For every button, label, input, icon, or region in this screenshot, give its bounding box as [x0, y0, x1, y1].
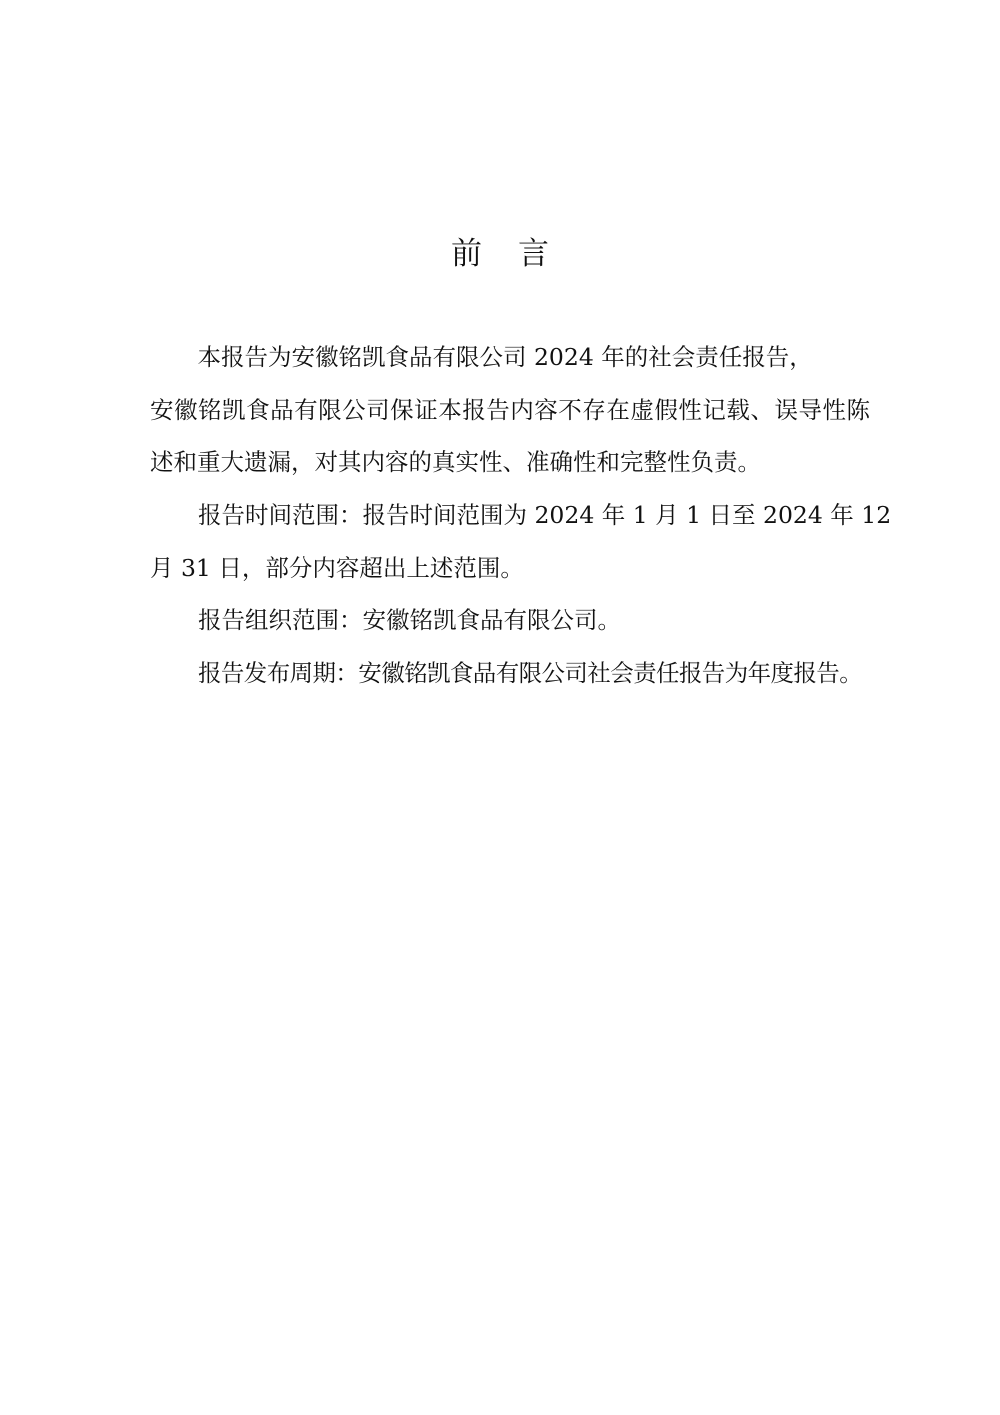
paragraph-line: 本报告为安徽铭凯食品有限公司 2024 年的社会责任报告，	[174, 340, 894, 374]
paragraph-line: 报告发布周期：安徽铭凯食品有限公司社会责任报告为年度报告。	[198, 656, 918, 690]
paragraph-line: 报告时间范围：报告时间范围为 2024 年 1 月 1 日至 2024 年 12	[198, 498, 858, 532]
page-title: 前言	[0, 232, 1000, 276]
paragraph-line: 述和重大遗漏，对其内容的真实性、准确性和完整性负责。	[150, 445, 870, 479]
paragraph-line: 月 31 日，部分内容超出上述范围。	[150, 551, 870, 585]
paragraph-line: 安徽铭凯食品有限公司保证本报告内容不存在虚假性记载、误导性陈	[150, 393, 870, 427]
paragraph-line: 报告组织范围：安徽铭凯食品有限公司。	[198, 603, 918, 637]
